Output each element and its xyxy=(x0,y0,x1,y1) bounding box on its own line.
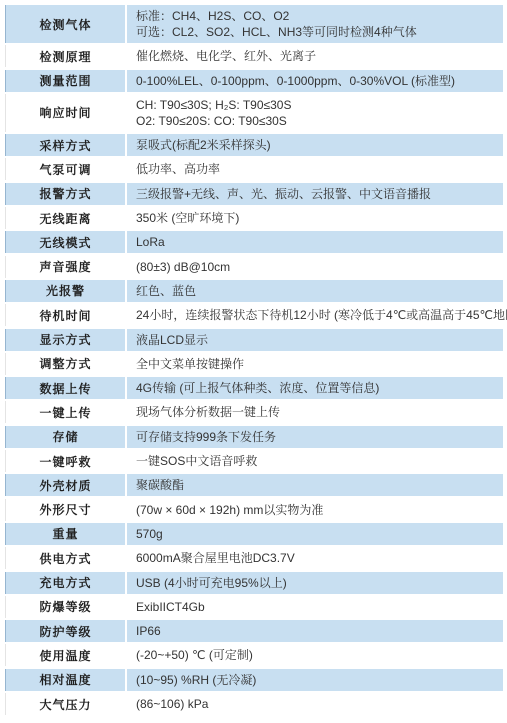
spec-value: 液晶LCD显示 xyxy=(127,329,503,351)
table-row: 外形尺寸 (70w × 60d × 192h) mm以实物为准 xyxy=(5,499,503,521)
table-row: 响应时间 CH: T90≤30S; H₂S: T90≤30SO2: T90≤20… xyxy=(5,94,503,132)
spec-value: (86~106) kPa xyxy=(127,693,503,715)
spec-value: 一键SOS中文语音呼救 xyxy=(127,450,503,472)
spec-value: 全中文菜单按键操作 xyxy=(127,353,503,375)
table-row: 检测原理 催化燃烧、电化学、红外、光离子 xyxy=(5,45,503,67)
table-row: 气泵可调 低功率、高功率 xyxy=(5,158,503,180)
spec-value: 570g xyxy=(127,523,503,545)
spec-label: 供电方式 xyxy=(5,547,125,569)
spec-value-line: LoRa xyxy=(136,234,499,250)
table-row: 光报警 红色、蓝色 xyxy=(5,280,503,302)
table-row: 相对温度 (10~95) %RH (无冷凝) xyxy=(5,669,503,691)
spec-value: 24小时，连续报警状态下待机12小时 (寒冷低于4℃或高温高于45℃地区会衰减) xyxy=(127,304,507,326)
spec-value-line: 聚碳酸酯 xyxy=(136,477,499,493)
spec-value: 4G传输 (可上报气体种类、浓度、位置等信息) xyxy=(127,377,503,399)
spec-label: 外形尺寸 xyxy=(5,499,125,521)
spec-label: 大气压力 xyxy=(5,693,125,715)
spec-label: 无线模式 xyxy=(5,231,125,253)
spec-label: 检测气体 xyxy=(5,5,125,43)
spec-value-line: USB (4小时可充电95%以上) xyxy=(136,575,499,591)
table-row: 大气压力 (86~106) kPa xyxy=(5,693,503,715)
spec-value: LoRa xyxy=(127,231,503,253)
table-row: 一键呼救 一键SOS中文语音呼救 xyxy=(5,450,503,472)
table-row: 数据上传 4G传输 (可上报气体种类、浓度、位置等信息) xyxy=(5,377,503,399)
spec-value-line: (70w × 60d × 192h) mm以实物为准 xyxy=(136,502,499,518)
spec-label: 采样方式 xyxy=(5,134,125,156)
spec-label: 检测原理 xyxy=(5,45,125,67)
table-row: 使用温度 (-20~+50) ℃ (可定制) xyxy=(5,644,503,666)
spec-value-line: CH: T90≤30S; H₂S: T90≤30S xyxy=(136,97,499,113)
spec-value-line: 催化燃烧、电化学、红外、光离子 xyxy=(136,48,499,64)
spec-value: 可存储支持999条下发任务 xyxy=(127,426,503,448)
spec-value: 泵吸式(标配2米采样探头) xyxy=(127,134,503,156)
spec-value-line: (-20~+50) ℃ (可定制) xyxy=(136,647,499,663)
spec-label: 防护等级 xyxy=(5,620,125,642)
table-row: 防护等级 IP66 xyxy=(5,620,503,642)
table-row: 一键上传 现场气体分析数据一键上传 xyxy=(5,401,503,423)
spec-label: 气泵可调 xyxy=(5,158,125,180)
spec-value-line: ExibIICT4Gb xyxy=(136,599,499,615)
spec-value: (10~95) %RH (无冷凝) xyxy=(127,669,503,691)
spec-value-line: IP66 xyxy=(136,623,499,639)
spec-value-line: 可选：CL2、SO2、HCL、NH3等可同时检测4种气体 xyxy=(136,24,499,40)
spec-value: 350米 (空旷环境下) xyxy=(127,207,503,229)
spec-value: ExibIICT4Gb xyxy=(127,596,503,618)
table-row: 声音强度 (80±3) dB@10cm xyxy=(5,256,503,278)
spec-label: 声音强度 xyxy=(5,256,125,278)
spec-value-line: 全中文菜单按键操作 xyxy=(136,356,499,372)
spec-label: 显示方式 xyxy=(5,329,125,351)
spec-value-line: (80±3) dB@10cm xyxy=(136,259,499,275)
spec-value: 现场气体分析数据一键上传 xyxy=(127,401,503,423)
spec-value-line: 一键SOS中文语音呼救 xyxy=(136,453,499,469)
spec-value-line: 泵吸式(标配2米采样探头) xyxy=(136,137,499,153)
table-row: 防爆等级 ExibIICT4Gb xyxy=(5,596,503,618)
table-row: 采样方式 泵吸式(标配2米采样探头) xyxy=(5,134,503,156)
spec-value-line: (10~95) %RH (无冷凝) xyxy=(136,672,499,688)
spec-label: 测量范围 xyxy=(5,70,125,92)
spec-label: 待机时间 xyxy=(5,304,125,326)
spec-value: 聚碳酸酯 xyxy=(127,474,503,496)
spec-label: 调整方式 xyxy=(5,353,125,375)
spec-value: (70w × 60d × 192h) mm以实物为准 xyxy=(127,499,503,521)
spec-value-line: 570g xyxy=(136,526,499,542)
spec-value-line: 350米 (空旷环境下) xyxy=(136,210,499,226)
spec-value: CH: T90≤30S; H₂S: T90≤30SO2: T90≤20S: CO… xyxy=(127,94,503,132)
table-row: 待机时间 24小时，连续报警状态下待机12小时 (寒冷低于4℃或高温高于45℃地… xyxy=(5,304,503,326)
spec-value: 6000mA聚合屋里电池DC3.7V xyxy=(127,547,503,569)
spec-value: 红色、蓝色 xyxy=(127,280,503,302)
spec-value-line: 红色、蓝色 xyxy=(136,283,499,299)
product-spec-table: 检测气体 标准：CH4、H2S、CO、O2可选：CL2、SO2、HCL、NH3等… xyxy=(0,0,507,723)
spec-label: 使用温度 xyxy=(5,644,125,666)
table-row: 测量范围 0-100%LEL、0-100ppm、0-1000ppm、0-30%V… xyxy=(5,70,503,92)
spec-value: 催化燃烧、电化学、红外、光离子 xyxy=(127,45,503,67)
spec-label: 数据上传 xyxy=(5,377,125,399)
spec-value-line: 标准：CH4、H2S、CO、O2 xyxy=(136,8,499,24)
spec-value: 标准：CH4、H2S、CO、O2可选：CL2、SO2、HCL、NH3等可同时检测… xyxy=(127,5,503,43)
spec-value: USB (4小时可充电95%以上) xyxy=(127,572,503,594)
spec-label: 报警方式 xyxy=(5,183,125,205)
spec-value-line: 现场气体分析数据一键上传 xyxy=(136,404,499,420)
spec-value-line: (86~106) kPa xyxy=(136,696,499,712)
spec-value: IP66 xyxy=(127,620,503,642)
spec-value: (80±3) dB@10cm xyxy=(127,256,503,278)
spec-label: 无线距离 xyxy=(5,207,125,229)
table-row: 重量 570g xyxy=(5,523,503,545)
table-row: 充电方式 USB (4小时可充电95%以上) xyxy=(5,572,503,594)
spec-value: 0-100%LEL、0-100ppm、0-1000ppm、0-30%VOL (标… xyxy=(127,70,503,92)
table-row: 无线距离 350米 (空旷环境下) xyxy=(5,207,503,229)
table-row: 存储 可存储支持999条下发任务 xyxy=(5,426,503,448)
spec-value-line: 低功率、高功率 xyxy=(136,161,499,177)
table-row: 供电方式 6000mA聚合屋里电池DC3.7V xyxy=(5,547,503,569)
spec-label: 响应时间 xyxy=(5,94,125,132)
spec-value: 低功率、高功率 xyxy=(127,158,503,180)
spec-value-line: 三级报警+无线、声、光、振动、云报警、中文语音播报 xyxy=(136,186,499,202)
spec-value-line: 4G传输 (可上报气体种类、浓度、位置等信息) xyxy=(136,380,499,396)
spec-value-line: O2: T90≤20S: CO: T90≤30S xyxy=(136,113,499,129)
spec-label: 外壳材质 xyxy=(5,474,125,496)
spec-value-line: 0-100%LEL、0-100ppm、0-1000ppm、0-30%VOL (标… xyxy=(136,73,499,89)
table-row: 无线模式 LoRa xyxy=(5,231,503,253)
spec-value: (-20~+50) ℃ (可定制) xyxy=(127,644,503,666)
table-row: 外壳材质 聚碳酸酯 xyxy=(5,474,503,496)
table-row: 检测气体 标准：CH4、H2S、CO、O2可选：CL2、SO2、HCL、NH3等… xyxy=(5,5,503,43)
table-row: 报警方式 三级报警+无线、声、光、振动、云报警、中文语音播报 xyxy=(5,183,503,205)
spec-label: 一键呼救 xyxy=(5,450,125,472)
spec-value-line: 可存储支持999条下发任务 xyxy=(136,429,499,445)
spec-label: 一键上传 xyxy=(5,401,125,423)
spec-value-line: 液晶LCD显示 xyxy=(136,332,499,348)
spec-label: 存储 xyxy=(5,426,125,448)
spec-value: 三级报警+无线、声、光、振动、云报警、中文语音播报 xyxy=(127,183,503,205)
spec-value-line: 6000mA聚合屋里电池DC3.7V xyxy=(136,550,499,566)
spec-label: 充电方式 xyxy=(5,572,125,594)
spec-value-line: 24小时，连续报警状态下待机12小时 (寒冷低于4℃或高温高于45℃地区会衰减) xyxy=(136,307,507,323)
spec-label: 相对温度 xyxy=(5,669,125,691)
table-row: 调整方式 全中文菜单按键操作 xyxy=(5,353,503,375)
table-row: 显示方式 液晶LCD显示 xyxy=(5,329,503,351)
spec-label: 防爆等级 xyxy=(5,596,125,618)
spec-label: 光报警 xyxy=(5,280,125,302)
spec-label: 重量 xyxy=(5,523,125,545)
